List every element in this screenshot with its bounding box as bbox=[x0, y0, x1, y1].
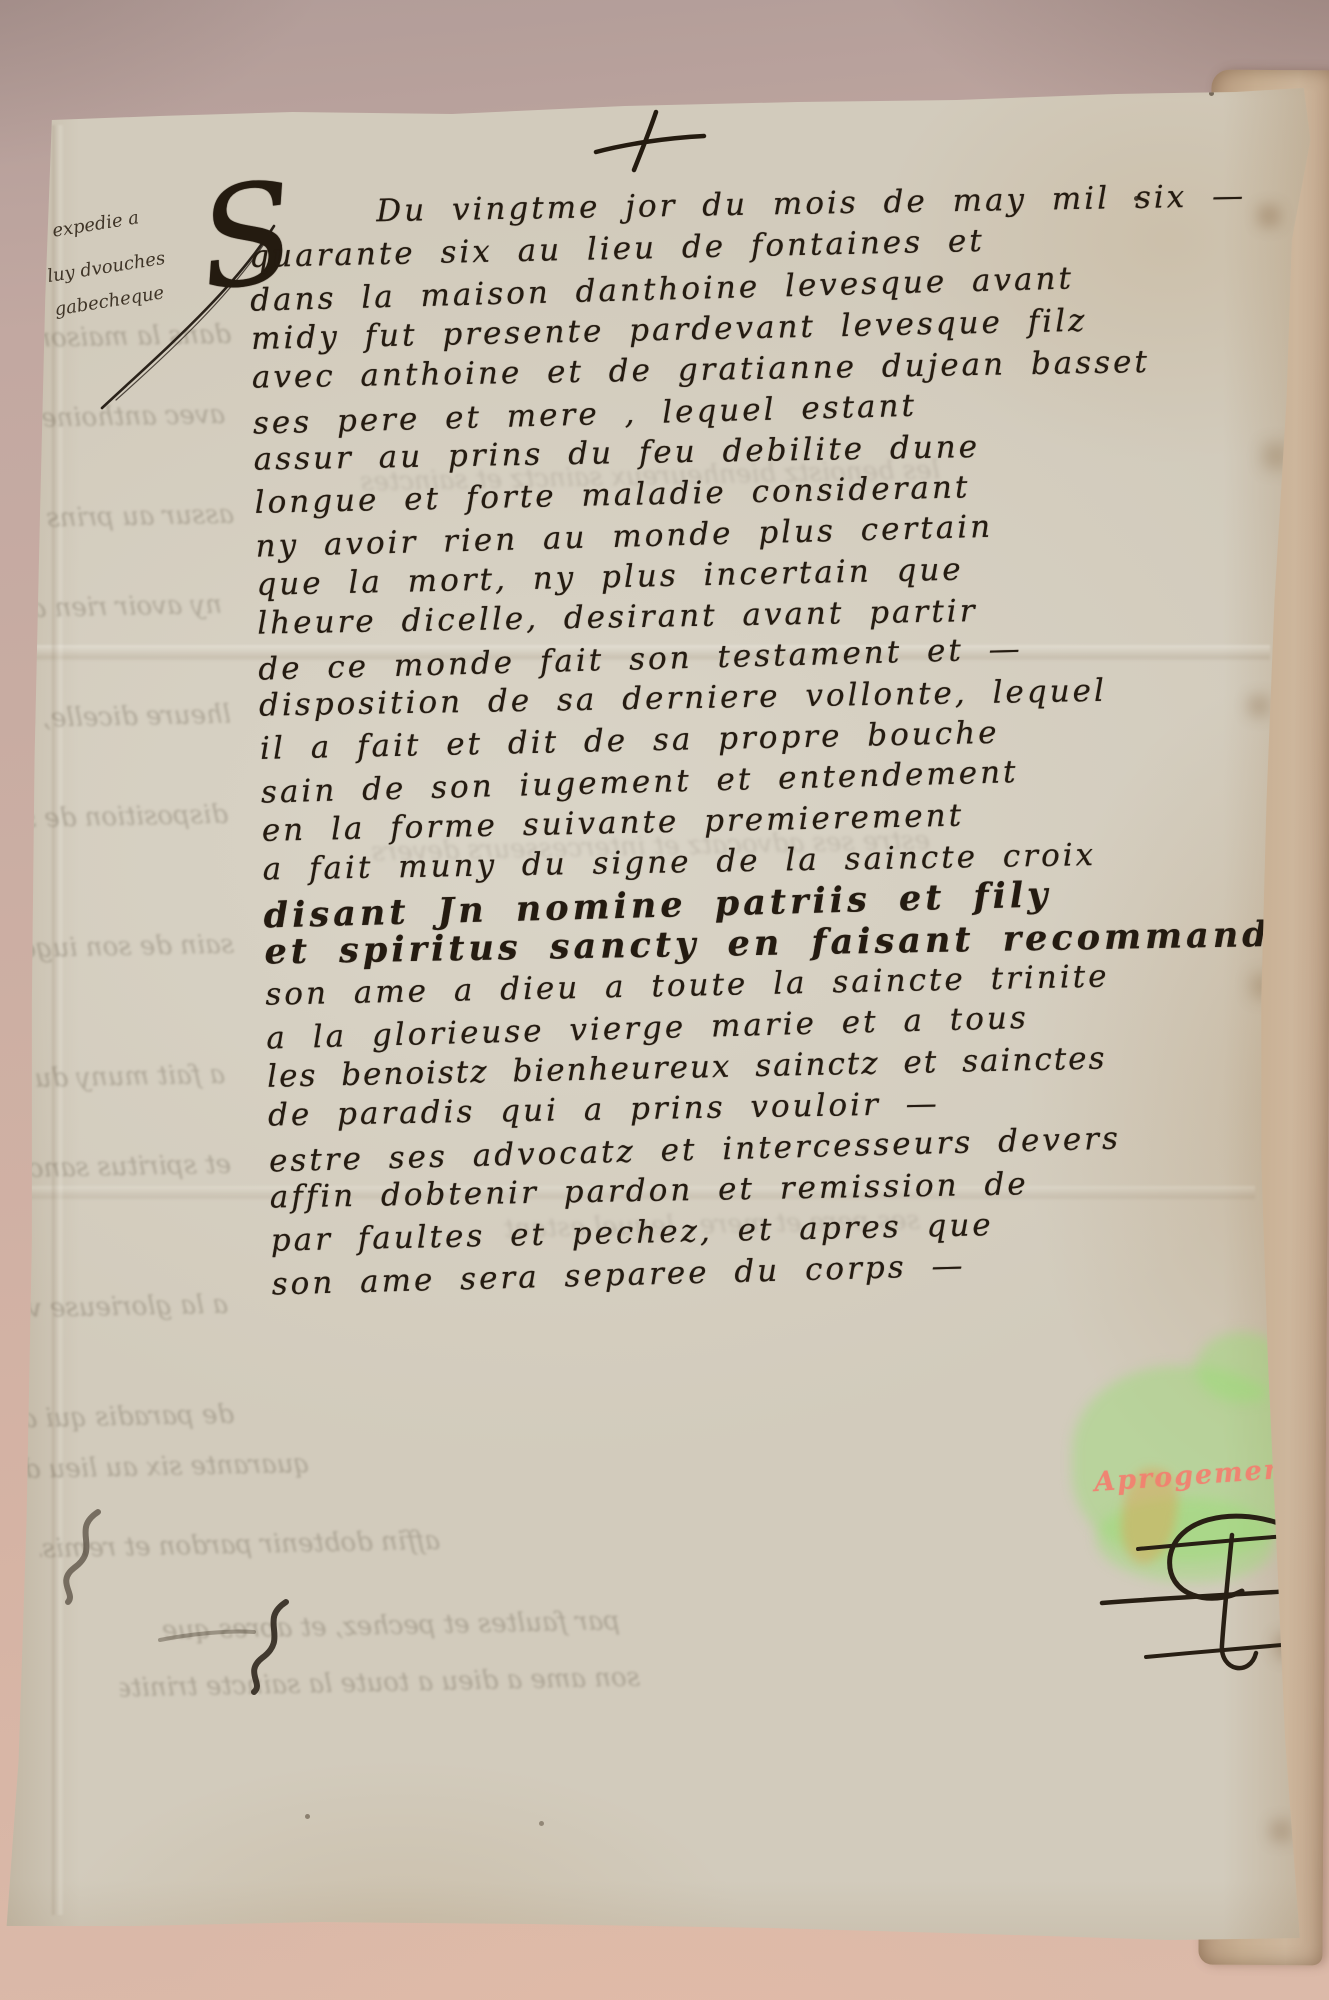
cross-mark bbox=[592, 106, 712, 176]
bleedthrough-text: lheure dicelle, desirant avant partir bbox=[6, 700, 232, 735]
bleedthrough-text: sain de son iugement et entendement bbox=[4, 930, 235, 965]
bleedthrough-text: assur au prins du feu debilite dune bbox=[4, 500, 235, 535]
manuscript-text-block: Du vingtme jor du mois de may mil six — … bbox=[248, 173, 1317, 1303]
bleedthrough-text: ny avoir rien au monde plus certain bbox=[12, 590, 223, 624]
bleedthrough-text: quarante six au lieu de fontaines et bbox=[10, 1449, 311, 1485]
bleedthrough-text: a la glorieuse vierge marie et a tous bbox=[8, 1290, 229, 1325]
bleedthrough-text: et spiritus sancty en faisant recommande bbox=[6, 1150, 232, 1185]
bleedthrough-text: son ame a dieu a toute la saincte trinit… bbox=[120, 1663, 641, 1704]
bleedthrough-text: dans la maison danthoine levesque avant bbox=[6, 320, 232, 355]
bleedthrough-text: affin dobtenir pardon et remission de bbox=[40, 1526, 441, 1564]
edge-foxing-spots bbox=[0, 0, 2, 2]
bleedthrough-text: par faultes et pechez, et apres que bbox=[60, 1606, 621, 1648]
bleedthrough-text: de paradis qui a prins vouloir — bbox=[4, 1400, 235, 1435]
manuscript-page: dans la maison danthoine levesque avant … bbox=[0, 0, 1329, 2000]
bleedthrough-text: avec anthoine et de gratianne dujean bas… bbox=[10, 400, 226, 434]
margin-note: expedie a luy dvouches gabecheque bbox=[50, 200, 173, 323]
margin-note-line: expedie a bbox=[50, 200, 160, 246]
ink-specks bbox=[0, 0, 3, 3]
bleedthrough-text: a fait muny du signe de la saincte croix bbox=[10, 1060, 226, 1094]
photograph-backdrop: dans la maison danthoine levesque avant … bbox=[0, 0, 1329, 2000]
bleedthrough-text: disposition de sa derniere vollonte, leq… bbox=[8, 800, 229, 835]
